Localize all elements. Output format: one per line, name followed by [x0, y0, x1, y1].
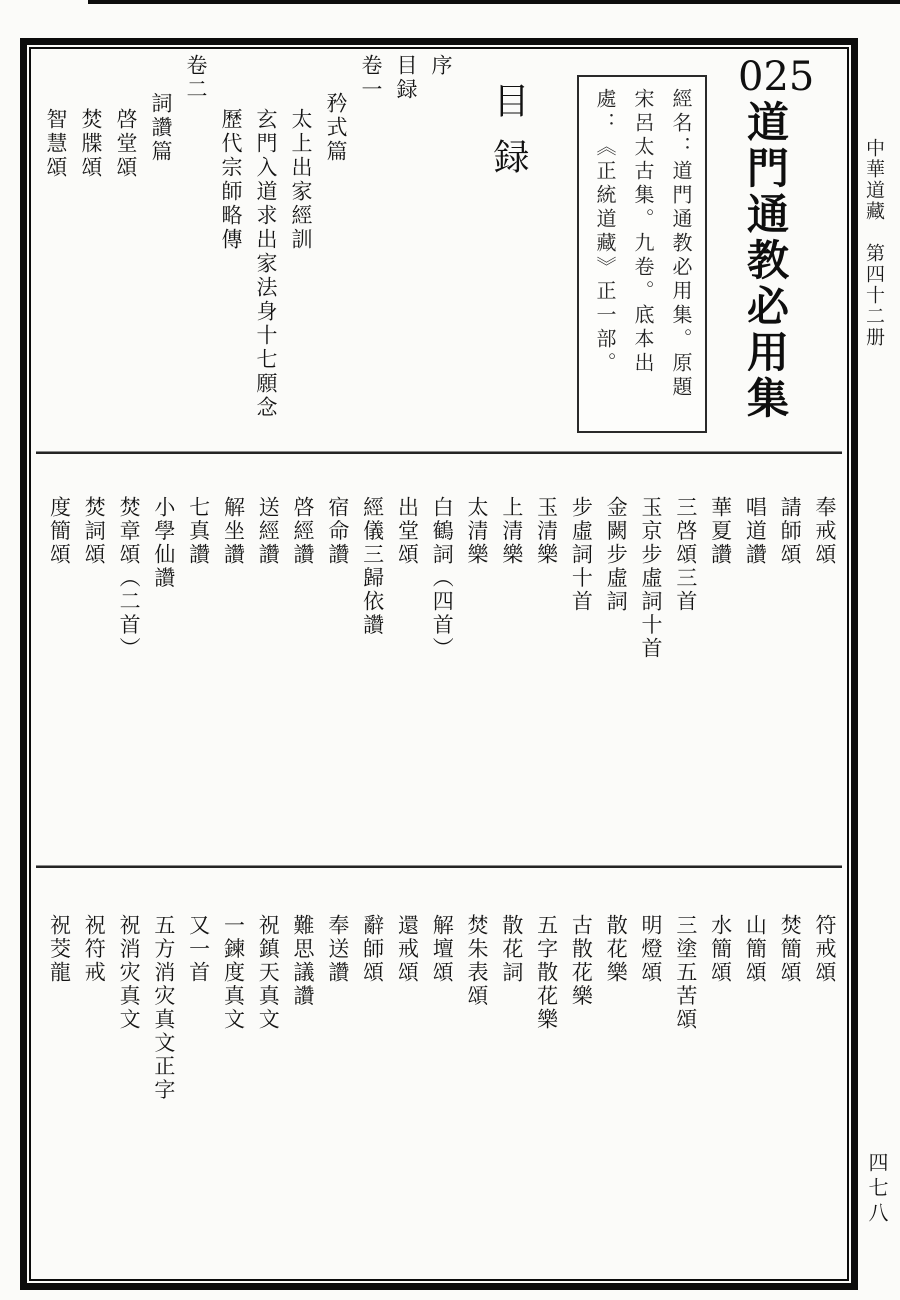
toc-entry: 上清樂 [494, 496, 529, 864]
toc-entry: 古散花樂 [564, 914, 599, 1282]
catalog-serial: 025 [738, 54, 812, 100]
toc-entry: 散花詞 [494, 914, 529, 1282]
toc-entry: 焚牒頌 [73, 54, 108, 446]
toc-entry: 還戒頌 [390, 914, 425, 1282]
toc-entry: 啓堂頌 [108, 54, 143, 446]
toc-bottom-section: 符戒頌焚簡頌山簡頌水簡頌三塗五苦頌明燈頌散花樂古散花樂五字散花樂散花詞焚朱表頌解… [40, 914, 842, 1282]
toc-entry: 歷代宗師略傳 [213, 54, 248, 446]
toc-entry: 散花樂 [598, 914, 633, 1282]
annotation-text: 經名：道門通教必用集。原題宋呂太古集。九卷。底本出處：《正統道藏》正一部。 [579, 77, 705, 431]
toc-entry: 又一首 [181, 914, 216, 1282]
toc-entry: 一鍊度真文 [216, 914, 251, 1282]
toc-entry: 三塗五苦頌 [668, 914, 703, 1282]
toc-heading: 目録 [484, 82, 535, 212]
toc-entry: 經儀三歸依讚 [355, 496, 390, 864]
toc-entry: 目録 [388, 54, 423, 446]
toc-entry: 七真讚 [181, 496, 216, 864]
toc-entry: 請師頌 [772, 496, 807, 864]
toc-entry: 卷二 [178, 54, 213, 446]
toc-entry: 度簡頌 [42, 496, 77, 864]
toc-entry: 小學仙讚 [146, 496, 181, 864]
toc-entry: 宿命讚 [320, 496, 355, 864]
toc-entry: 解壇頌 [424, 914, 459, 1282]
toc-entry: 步虛詞十首 [564, 496, 599, 864]
annotation-line: 經名：道門通教必用集。原題 [661, 88, 699, 420]
divider-rule-top [36, 451, 842, 454]
toc-entry: 明燈頌 [633, 914, 668, 1282]
toc-front-section: 序目録卷一矜式篇太上出家經訓玄門入道求出家法身十七願念歷代宗師略傳卷二詞讚篇啓堂… [38, 54, 458, 446]
toc-entry: 五字散花樂 [529, 914, 564, 1282]
toc-entry: 啓經讚 [285, 496, 320, 864]
toc-entry: 送經讚 [250, 496, 285, 864]
toc-entry: 水簡頌 [703, 914, 738, 1282]
toc-entry: 解坐讚 [216, 496, 251, 864]
toc-entry: 華夏讚 [703, 496, 738, 864]
toc-entry: 白鶴詞（四首） [424, 496, 459, 864]
toc-entry: 序 [423, 54, 458, 446]
toc-entry: 奉戒頌 [807, 496, 842, 864]
toc-entry: 矜式篇 [318, 54, 353, 446]
folio-number: 四七八 [862, 1152, 891, 1282]
toc-middle-section: 奉戒頌請師頌唱道讚華夏讚三啓頌三首玉京步虛詞十首金闕步虛詞步虛詞十首玉清樂上清樂… [40, 496, 842, 864]
series-label: 中華道藏 第四十二册 [860, 138, 887, 438]
toc-entry: 詞讚篇 [143, 54, 178, 446]
toc-entry: 玉京步虛詞十首 [633, 496, 668, 864]
toc-entry: 祝鎮天真文 [250, 914, 285, 1282]
toc-entry: 焚詞頌 [76, 496, 111, 864]
scan-edge-line [88, 0, 900, 4]
toc-entry: 難思議讚 [285, 914, 320, 1282]
toc-entry: 祝符戒 [76, 914, 111, 1282]
annotation-line: 宋呂太古集。九卷。底本出 [623, 88, 661, 420]
toc-entry: 焚朱表頌 [459, 914, 494, 1282]
toc-entry: 山簡頌 [738, 914, 773, 1282]
annotation-box: 經名：道門通教必用集。原題宋呂太古集。九卷。底本出處：《正統道藏》正一部。 [577, 75, 707, 433]
toc-entry: 焚章頌（二首） [111, 496, 146, 864]
toc-entry: 唱道讚 [738, 496, 773, 864]
toc-entry: 奉送讚 [320, 914, 355, 1282]
toc-entry: 智慧頌 [38, 54, 73, 446]
toc-entry: 三啓頌三首 [668, 496, 703, 864]
toc-entry: 辭師頌 [355, 914, 390, 1282]
toc-entry: 焚簡頌 [772, 914, 807, 1282]
book-title: 道門通教必用集 [734, 100, 794, 430]
toc-entry: 太清樂 [459, 496, 494, 864]
toc-entry: 祝消灾真文 [111, 914, 146, 1282]
toc-entry: 符戒頌 [807, 914, 842, 1282]
toc-entry: 出堂頌 [390, 496, 425, 864]
annotation-line: 處：《正統道藏》正一部。 [585, 88, 623, 420]
toc-entry: 五方消灾真文正字 [146, 914, 181, 1282]
toc-entry: 卷一 [353, 54, 388, 446]
toc-entry: 祝茭龍 [42, 914, 77, 1282]
toc-entry: 太上出家經訓 [283, 54, 318, 446]
toc-entry: 金闕步虛詞 [598, 496, 633, 864]
divider-rule-bottom [36, 865, 842, 868]
toc-entry: 玄門入道求出家法身十七願念 [248, 54, 283, 446]
toc-entry: 玉清樂 [529, 496, 564, 864]
